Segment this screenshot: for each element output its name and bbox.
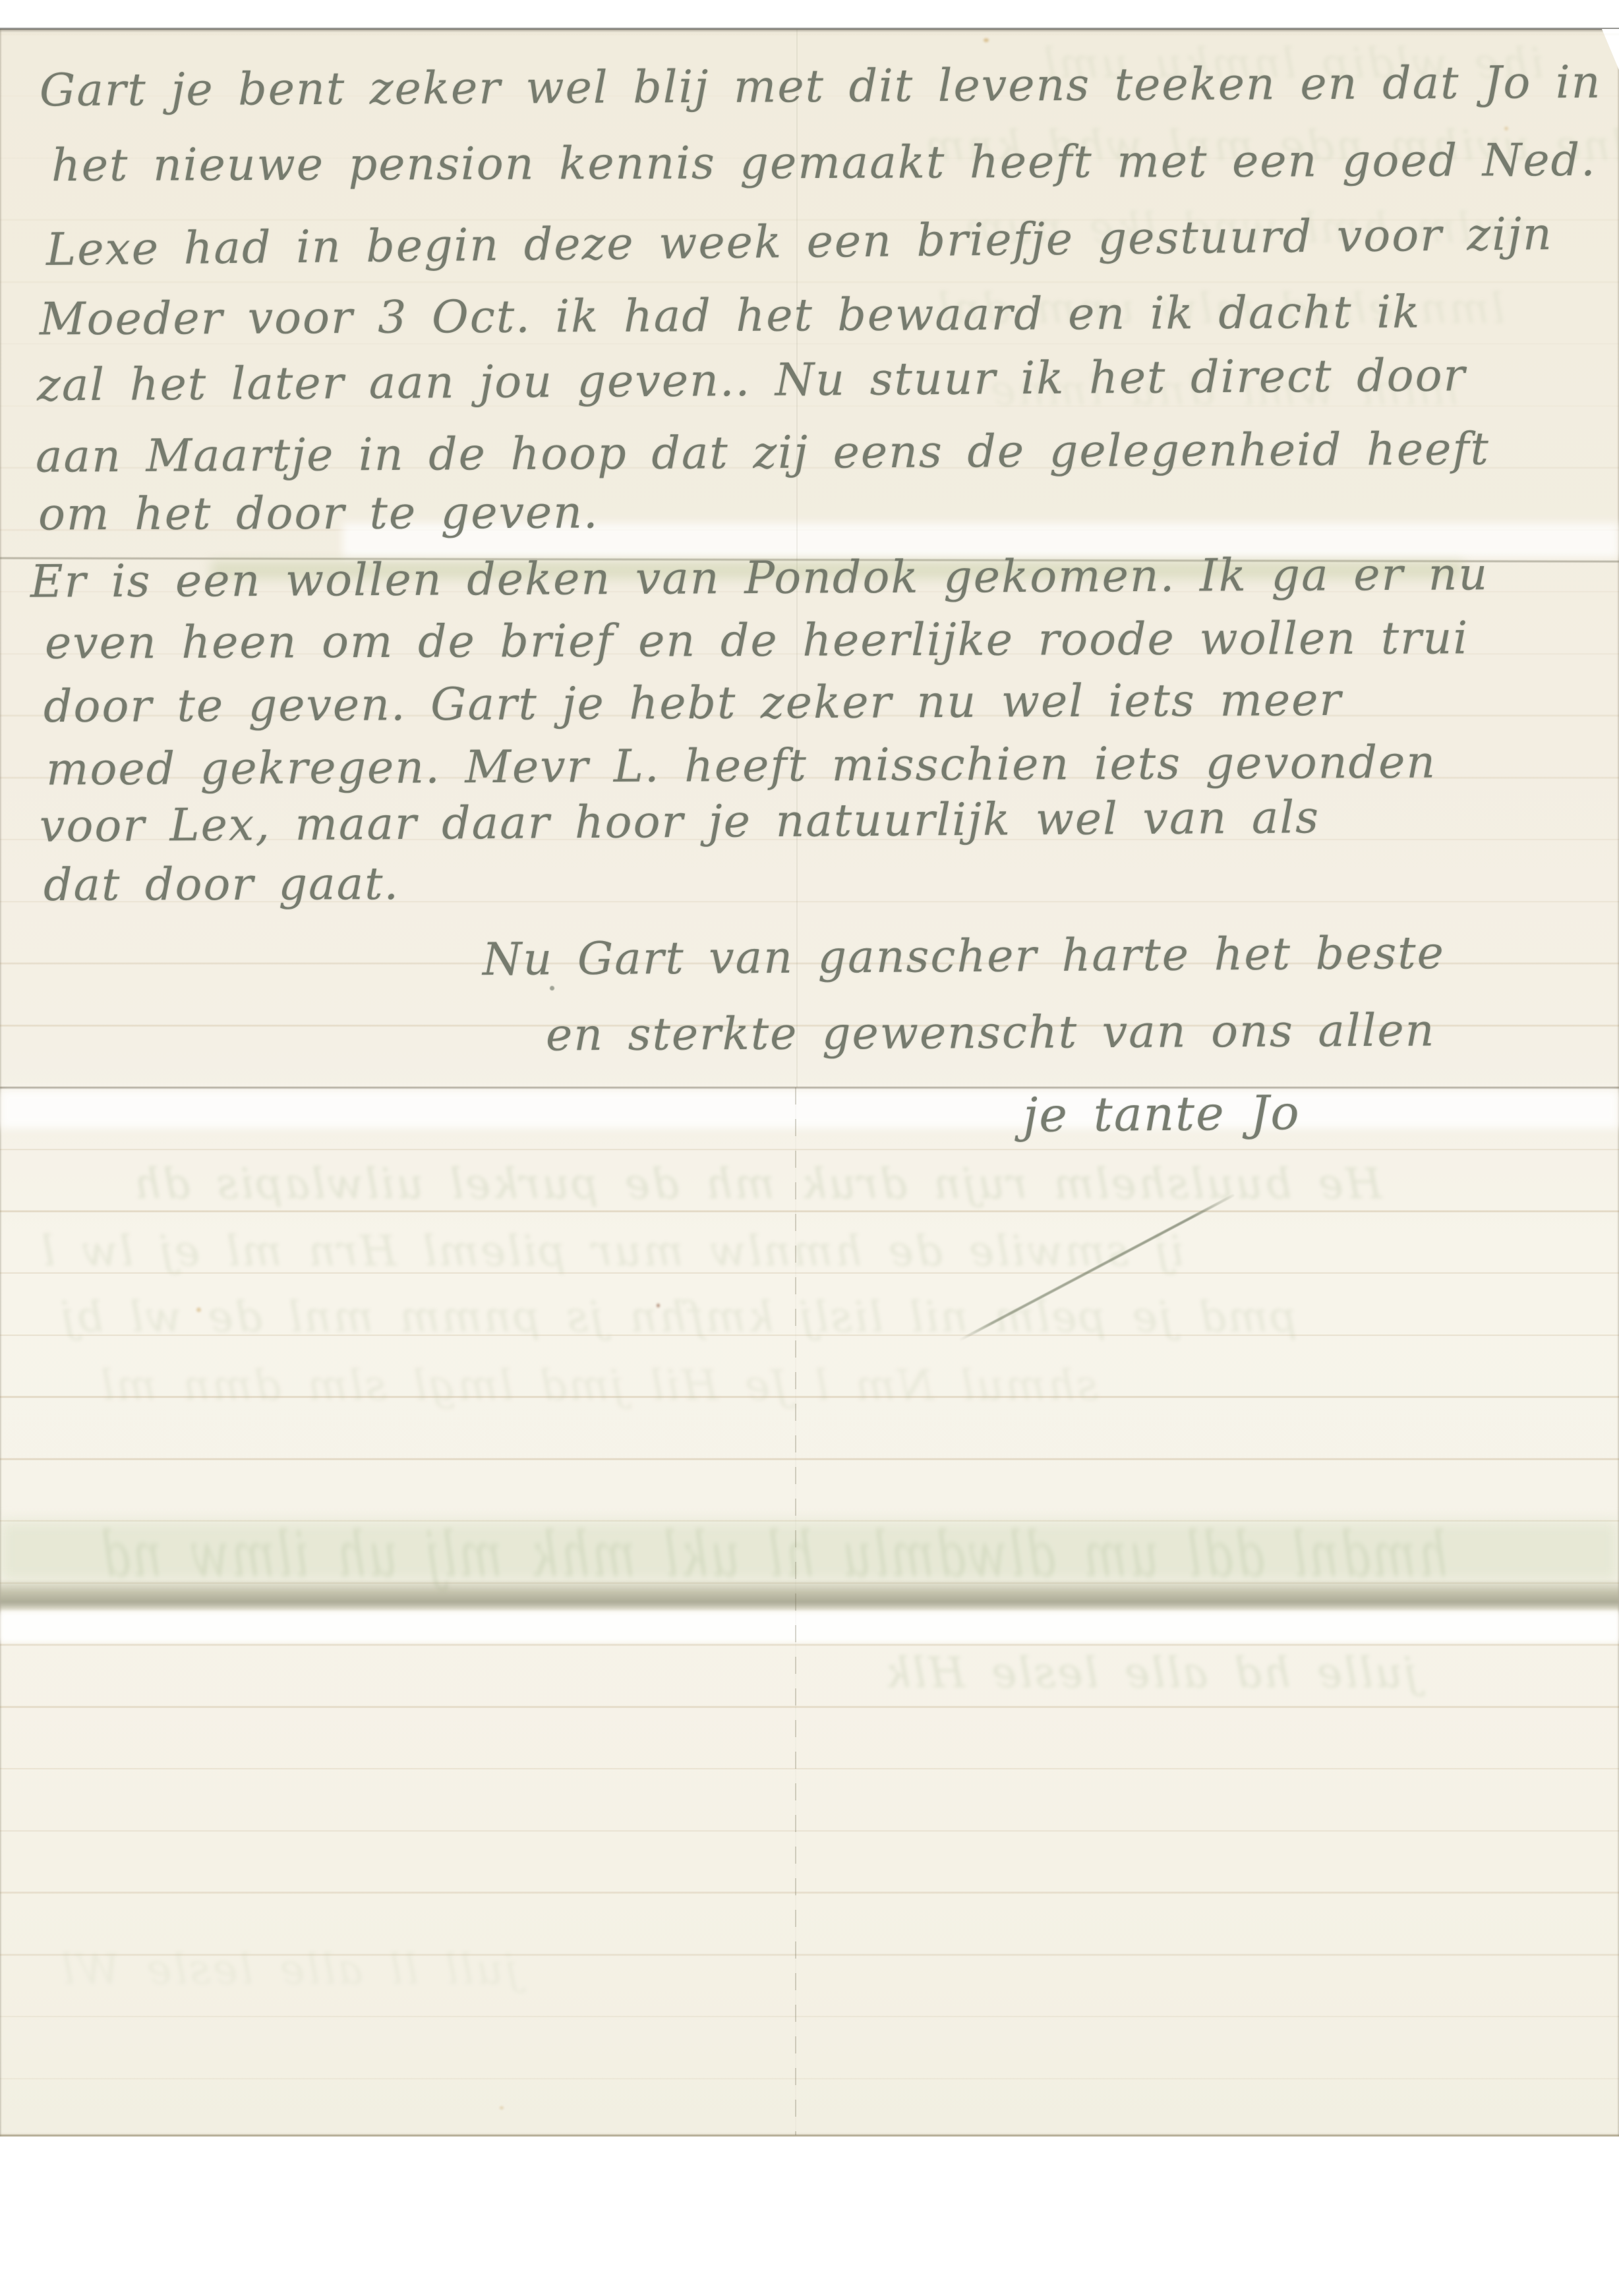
letter-line: aan Maartje in de hoop dat zij eens de g… xyxy=(36,423,1490,483)
letter-line: Er is een wollen deken van Pondok gekome… xyxy=(30,548,1489,608)
fold-crease-lower xyxy=(0,1580,1619,1611)
letter-line: om het door te geven. xyxy=(38,487,599,541)
bleedthrough-line: He buulshelm rujn druk mh de purkel uilw… xyxy=(132,1160,1382,1209)
scanned-letter-page: ihe wldip lnmku uml mllne uvihm nde mnl … xyxy=(0,0,1619,2296)
paper-speck xyxy=(196,1307,201,1312)
paper-speck xyxy=(984,38,989,42)
letter-closing-line: en sterkte gewenscht van ons allen xyxy=(546,1004,1436,1061)
letter-line: zal het later aan jou geven.. Nu stuur i… xyxy=(37,349,1467,411)
letter-line: dat door gaat. xyxy=(44,858,399,911)
letter-line: het nieuwe pension kennis gemaakt heeft … xyxy=(51,134,1597,192)
bleedthrough-line: julle hd alle lesle Hlk xyxy=(883,1649,1417,1698)
bleedthrough-line: shmul Nm l Je Hil jmd lmgl slm dmn ml xyxy=(99,1362,1098,1410)
bleedthrough-line: jull ll alle lesle Wl xyxy=(59,1945,518,1994)
letter-line: moed gekregen. Mevr L. heeft misschien i… xyxy=(46,736,1437,795)
paper-speck xyxy=(657,1304,660,1307)
vertical-fold xyxy=(795,1087,796,2135)
paper-speck xyxy=(1504,127,1508,130)
letter-line: door te geven. Gart je hebt zeker nu wel… xyxy=(44,674,1342,733)
bleedthrough-line: pmd je pelm nil lislj kmfhn js pnmm mnl … xyxy=(59,1293,1297,1342)
fold-haze-lower xyxy=(0,1521,1619,1582)
letter-line: voor Lex, maar daar hoor je natuurlijk w… xyxy=(40,791,1320,853)
letter-line: Gart je bent zeker wel blij met dit leve… xyxy=(40,57,1602,117)
fold-crease-middle xyxy=(0,1087,1619,1089)
bleedthrough-line: ij smwile de hmnlw mur pileml Hrn ml ej … xyxy=(40,1227,1184,1276)
signature: je tante Jo xyxy=(1023,1085,1301,1143)
fold-highlight-lower xyxy=(0,1612,1619,1642)
fold-highlight-middle xyxy=(0,1090,1619,1128)
pencil-dot xyxy=(550,986,554,990)
paper-speck xyxy=(500,2106,504,2109)
letter-closing-line: Nu Gart van ganscher harte het beste xyxy=(483,927,1445,986)
letter-line: even heen om de brief en de heerlijke ro… xyxy=(45,612,1469,670)
ruled-lines xyxy=(0,29,1619,2135)
letter-line: Moeder voor 3 Oct. ik had het bewaard en… xyxy=(40,287,1421,346)
